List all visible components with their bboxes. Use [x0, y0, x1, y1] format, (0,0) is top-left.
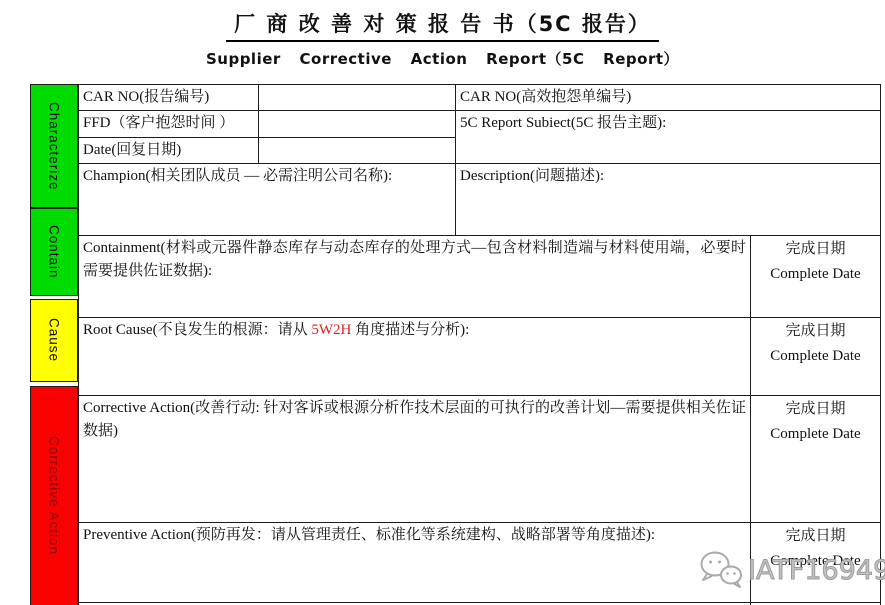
complete-date-zh: 完成日期	[755, 524, 876, 549]
page-subtitle: Supplier Corrective Action Report（5C Rep…	[0, 48, 885, 69]
complete-date-en: Complete Date	[755, 549, 876, 574]
containment-complete-date[interactable]: 完成日期 Complete Date	[751, 235, 881, 317]
report-page: 厂 商 改 善 对 策 报 告 书（5C 报告） Supplier Correc…	[0, 0, 885, 605]
sidebar-characterize: Characterize	[30, 84, 78, 208]
row-champion: Champion(相关团队成员 — 必需注明公司名称): Description…	[79, 163, 881, 235]
car-no-right-label: CAR NO(高效抱怨单编号)	[456, 85, 881, 111]
complete-date-en: Complete Date	[755, 344, 876, 369]
complete-date-en: Complete Date	[755, 262, 876, 287]
ffd-label: FFD（客户抱怨时间 ）	[79, 111, 259, 137]
description-cell[interactable]: Description(问题描述):	[456, 163, 881, 235]
car-no-input-cell[interactable]	[259, 85, 456, 111]
car-no-label: CAR NO(报告编号)	[79, 85, 259, 111]
containment-cell[interactable]: Containment(材料或元器件静态库存与动态库存的处理方式—包含材料制造端…	[79, 235, 751, 317]
complete-date-zh: 完成日期	[755, 397, 876, 422]
sidebar-cause-label: Cause	[47, 318, 62, 362]
sidebar-corrective-action-label: Corrective Action	[47, 436, 62, 555]
date-label: Date(回复日期)	[79, 137, 259, 163]
date-input-cell[interactable]	[259, 137, 456, 163]
sidebar-characterize-label: Characterize	[47, 102, 62, 191]
row-car-no: CAR NO(报告编号) CAR NO(高效抱怨单编号)	[79, 85, 881, 111]
ffd-input-cell[interactable]	[259, 111, 456, 137]
sidebar-contain-label: Contain	[47, 225, 62, 279]
sidebar-cause: Cause	[30, 299, 78, 382]
root-cause-cell[interactable]: Root Cause(不良发生的根源：请从 5W2H 角度描述与分析):	[79, 317, 751, 395]
row-root-cause: Root Cause(不良发生的根源：请从 5W2H 角度描述与分析): 完成日…	[79, 317, 881, 395]
report-form-table: CAR NO(报告编号) CAR NO(高效抱怨单编号) FFD（客户抱怨时间 …	[78, 84, 881, 605]
row-ffd: FFD（客户抱怨时间 ） 5C Report Subiect(5C 报告主题):	[79, 111, 881, 137]
sidebar-contain: Contain	[30, 208, 78, 296]
report-header: 厂 商 改 善 对 策 报 告 书（5C 报告） Supplier Correc…	[0, 8, 885, 69]
corrective-action-cell[interactable]: Corrective Action(改善行动: 针对客诉或根源分析作技术层面的可…	[79, 395, 751, 522]
root-cause-label-prefix: Root Cause(不良发生的根源：请从	[83, 322, 311, 338]
root-cause-5w2h-highlight: 5W2H	[311, 322, 351, 338]
subject-cell[interactable]: 5C Report Subiect(5C 报告主题):	[456, 111, 881, 164]
preventive-action-cell[interactable]: Preventive Action(预防再发：请从管理责任、标准化等系统建构、战…	[79, 522, 751, 602]
corrective-complete-date[interactable]: 完成日期 Complete Date	[751, 395, 881, 522]
complete-date-en: Complete Date	[755, 422, 876, 447]
root-cause-complete-date[interactable]: 完成日期 Complete Date	[751, 317, 881, 395]
sidebar-corrective-action: Corrective Action	[30, 386, 78, 605]
row-preventive-action: Preventive Action(预防再发：请从管理责任、标准化等系统建构、战…	[79, 522, 881, 602]
page-title: 厂 商 改 善 对 策 报 告 书（5C 报告）	[226, 8, 659, 42]
row-containment: Containment(材料或元器件静态库存与动态库存的处理方式—包含材料制造端…	[79, 235, 881, 317]
preventive-complete-date[interactable]: 完成日期 Complete Date	[751, 522, 881, 602]
row-corrective-action: Corrective Action(改善行动: 针对客诉或根源分析作技术层面的可…	[79, 395, 881, 522]
complete-date-zh: 完成日期	[755, 319, 876, 344]
root-cause-label-suffix: 角度描述与分析):	[351, 322, 469, 338]
champion-cell[interactable]: Champion(相关团队成员 — 必需注明公司名称):	[79, 163, 456, 235]
complete-date-zh: 完成日期	[755, 237, 876, 262]
